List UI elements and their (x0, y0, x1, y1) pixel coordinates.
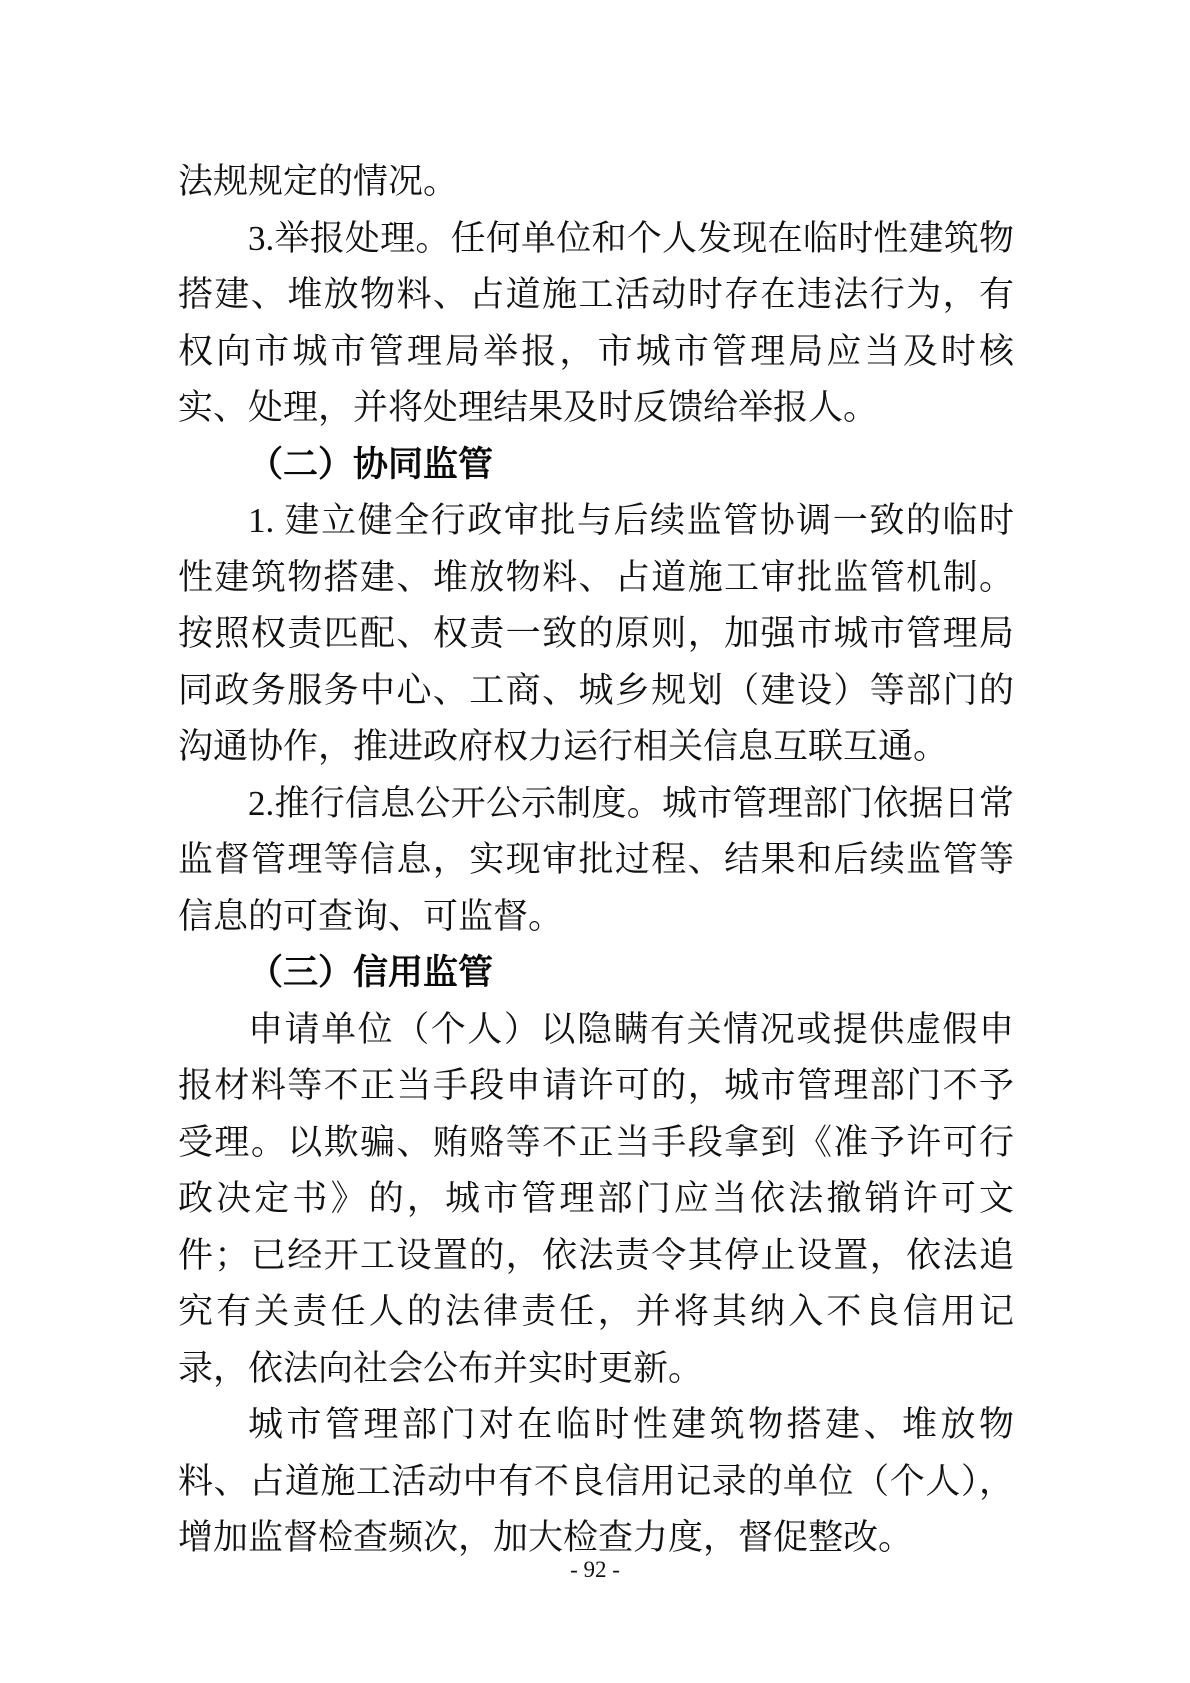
section-heading-credit-supervision: （三）信用监管 (178, 945, 1014, 1002)
paragraph-continuation: 法规规定的情况。 (178, 154, 1014, 211)
page-number: - 92 - (0, 1556, 1190, 1584)
section-heading-collaborative-supervision: （二）协同监管 (178, 437, 1014, 494)
paragraph-approval-mechanism: 1. 建立健全行政审批与后续监管协调一致的临时性建筑物搭建、堆放物料、占道施工审… (178, 493, 1014, 776)
paragraph-bad-credit-inspection: 城市管理部门对在临时性建筑物搭建、堆放物料、占道施工活动中有不良信用记录的单位（… (178, 1397, 1014, 1567)
document-body: 法规规定的情况。 3.举报处理。任何单位和个人发现在临时性建筑物搭建、堆放物料、… (178, 154, 1014, 1567)
paragraph-information-disclosure: 2.推行信息公开公示制度。城市管理部门依据日常监督管理等信息，实现审批过程、结果… (178, 776, 1014, 946)
document-page: 法规规定的情况。 3.举报处理。任何单位和个人发现在临时性建筑物搭建、堆放物料、… (0, 0, 1190, 1683)
paragraph-credit-rules: 申请单位（个人）以隐瞒有关情况或提供虚假申报材料等不正当手段申请许可的，城市管理… (178, 1002, 1014, 1398)
paragraph-report-handling: 3.举报处理。任何单位和个人发现在临时性建筑物搭建、堆放物料、占道施工活动时存在… (178, 211, 1014, 437)
